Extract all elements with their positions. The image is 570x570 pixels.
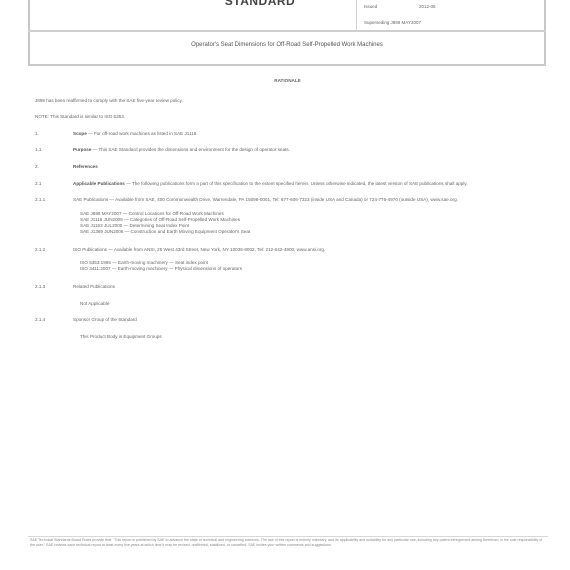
rationale-text: J899 has been reaffirmed to comply with … bbox=[35, 98, 540, 104]
section-2: 2.References bbox=[35, 164, 540, 170]
section-2-1-4: 2.1.4Sponsor Group of the Standard bbox=[35, 317, 540, 323]
section-2-1-3-text: Not Applicable bbox=[80, 301, 540, 307]
reference-item: SAE J898 MAY2007 — Control Locations for… bbox=[80, 211, 540, 217]
document-title: Operator's Seat Dimensions for Off-Road … bbox=[28, 42, 546, 48]
reference-item: SAE J1163 JUL2000 — Determining Seat Ind… bbox=[80, 223, 540, 229]
section-1-1: 1.1Purpose — This SAE Standard provides … bbox=[35, 147, 540, 153]
document-body: RATIONALE J899 has been reaffirmed to co… bbox=[35, 78, 540, 350]
section-2-1-4-text: This Product Body is Equipment Groups bbox=[80, 334, 540, 340]
header-divider bbox=[28, 30, 546, 32]
header-vertical-divider bbox=[356, 0, 357, 31]
reference-item: SAE J1116 JUN2009 — Categories of Off-Ro… bbox=[80, 217, 540, 223]
footer-disclaimer: SAE Technical Standards Board Rules prov… bbox=[30, 538, 545, 547]
reference-item: ISO 3411:2007 — Earth-moving machinery —… bbox=[80, 266, 540, 272]
note-text: NOTE: This Standard is similar to ISO 53… bbox=[35, 114, 540, 120]
iso-reference-list: ISO 5353:1995 — Earth-moving machinery —… bbox=[80, 260, 540, 272]
reference-item: ISO 5353:1995 — Earth-moving machinery —… bbox=[80, 260, 540, 266]
section-2-1-1: 2.1.1SAE Publications — Available from S… bbox=[35, 197, 540, 203]
header-frame bbox=[28, 0, 546, 66]
rationale-heading: RATIONALE bbox=[35, 78, 540, 84]
meta-issued: Issued2012-05 bbox=[364, 4, 436, 9]
section-2-1-3: 2.1.3Related Publications bbox=[35, 284, 540, 290]
section-2-1: 2.1Applicable Publications — The followi… bbox=[35, 181, 540, 187]
meta-superseding: Superseding J899 MAY2007 bbox=[364, 20, 421, 25]
standard-label: STANDARD bbox=[190, 0, 330, 8]
section-1: 1.Scope — For off-road work machines as … bbox=[35, 131, 540, 137]
reference-item: SAE J1369 JUN2006 — Construction and Ear… bbox=[80, 229, 540, 235]
footer-divider bbox=[28, 536, 548, 537]
section-2-1-2: 2.1.2ISO Publications — Available from A… bbox=[35, 247, 540, 253]
sae-reference-list: SAE J898 MAY2007 — Control Locations for… bbox=[80, 211, 540, 235]
